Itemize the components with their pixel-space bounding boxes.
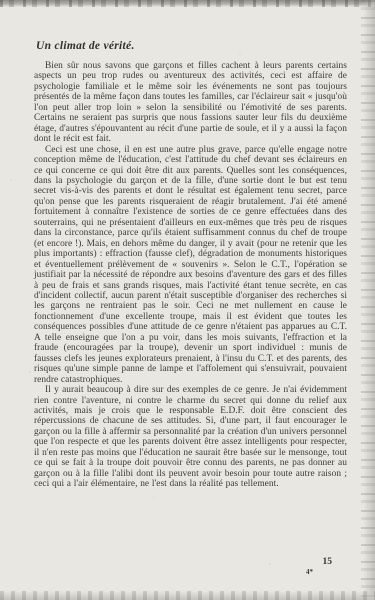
page-content: Un climat de vérité. Bien sûr nous savon… (34, 40, 347, 490)
paragraph-1: Bien sûr nous savons que garçons et fill… (34, 61, 347, 145)
page-edge-right (361, 0, 375, 600)
signature-mark: 4* (306, 568, 313, 576)
scanned-book-page: Un climat de vérité. Bien sûr nous savon… (0, 0, 375, 600)
paragraph-2: Ceci est une chose, il en est une autre … (34, 145, 347, 385)
scan-edge-top (0, 0, 375, 7)
paragraph-3: Il y aurait beaucoup à dire sur des exem… (34, 385, 347, 490)
page-number: 15 (323, 557, 333, 567)
section-title: Un climat de vérité. (36, 40, 347, 52)
scan-edge-bottom (0, 591, 375, 600)
